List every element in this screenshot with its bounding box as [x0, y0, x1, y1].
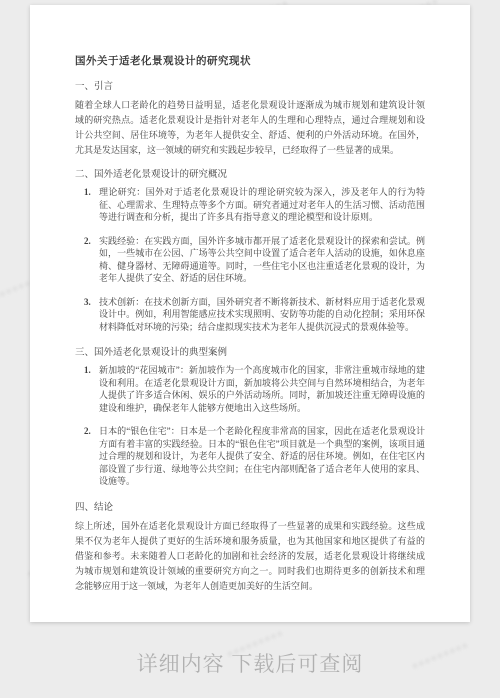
list-item: 2. 实践经验：在实践方面，国外许多城市都开展了适老化景观设计的探索和尝试。例如… — [99, 235, 425, 285]
section-heading-conclusion: 四、结论 — [75, 499, 425, 513]
list-item-number: 3. — [84, 296, 91, 309]
list-item: 2. 日本的“银色住宅”：日本是一个老龄化程度非常高的国家，因此在适老化景观设计… — [99, 425, 425, 488]
paragraph-introduction: 随着全球人口老龄化的趋势日益明显，适老化景观设计逐渐成为城市规划和建筑设计领域的… — [75, 98, 425, 158]
document-preview-screen: ※※※※※※※※※ ※※※※※※※※※ ※※※※※※※※※ ※※※※※※※※※ … — [0, 0, 500, 698]
research-overview-list: 1. 理论研究：国外对于适老化景观设计的理论研究较为深入，涉及老年人的行为特征、… — [75, 186, 425, 333]
list-item-text: 日本的“银色住宅”：日本是一个老龄化程度非常高的国家，因此在适老化景观设计方面有… — [99, 426, 425, 486]
document-content: 国外关于适老化景观设计的研究现状 一、引言 随着全球人口老龄化的趋势日益明显，适… — [30, 5, 470, 594]
document-page: 国外关于适老化景观设计的研究现状 一、引言 随着全球人口老龄化的趋势日益明显，适… — [30, 5, 470, 622]
list-item: 1. 理论研究：国外对于适老化景观设计的理论研究较为深入，涉及老年人的行为特征、… — [99, 186, 425, 224]
list-item: 1. 新加坡的“花园城市”：新加坡作为一个高度城市化的国家，非常注重城市绿地的建… — [99, 364, 425, 414]
document-title: 国外关于适老化景观设计的研究现状 — [75, 53, 425, 68]
section-heading-research-overview: 二、国外适老化景观设计的研究概况 — [75, 166, 425, 180]
list-item-number: 2. — [84, 425, 91, 438]
list-item-text: 技术创新：在技术创新方面，国外研究者不断将新技术、新材料应用于适老化景观设计中。… — [99, 297, 425, 332]
paragraph-conclusion: 综上所述，国外在适老化景观设计方面已经取得了一些显著的成果和实践经验。这些成果不… — [75, 519, 425, 594]
list-item-number: 2. — [84, 235, 91, 248]
list-item: 3. 技术创新：在技术创新方面，国外研究者不断将新技术、新材料应用于适老化景观设… — [99, 296, 425, 334]
section-heading-introduction: 一、引言 — [75, 78, 425, 92]
list-item-text: 实践经验：在实践方面，国外许多城市都开展了适老化景观设计的探索和尝试。例如，一些… — [99, 236, 425, 284]
download-notice-text: 详细内容 下载后可查阅 — [0, 648, 500, 678]
list-item-text: 新加坡的“花园城市”：新加坡作为一个高度城市化的国家，非常注重城市绿地的建设和利… — [99, 365, 425, 413]
list-item-number: 1. — [84, 364, 91, 377]
list-item-text: 理论研究：国外对于适老化景观设计的理论研究较为深入，涉及老年人的行为特征、心理需… — [99, 187, 425, 222]
section-heading-typical-cases: 三、国外适老化景观设计的典型案例 — [75, 344, 425, 358]
list-item-number: 1. — [84, 186, 91, 199]
typical-cases-list: 1. 新加坡的“花园城市”：新加坡作为一个高度城市化的国家，非常注重城市绿地的建… — [75, 364, 425, 488]
